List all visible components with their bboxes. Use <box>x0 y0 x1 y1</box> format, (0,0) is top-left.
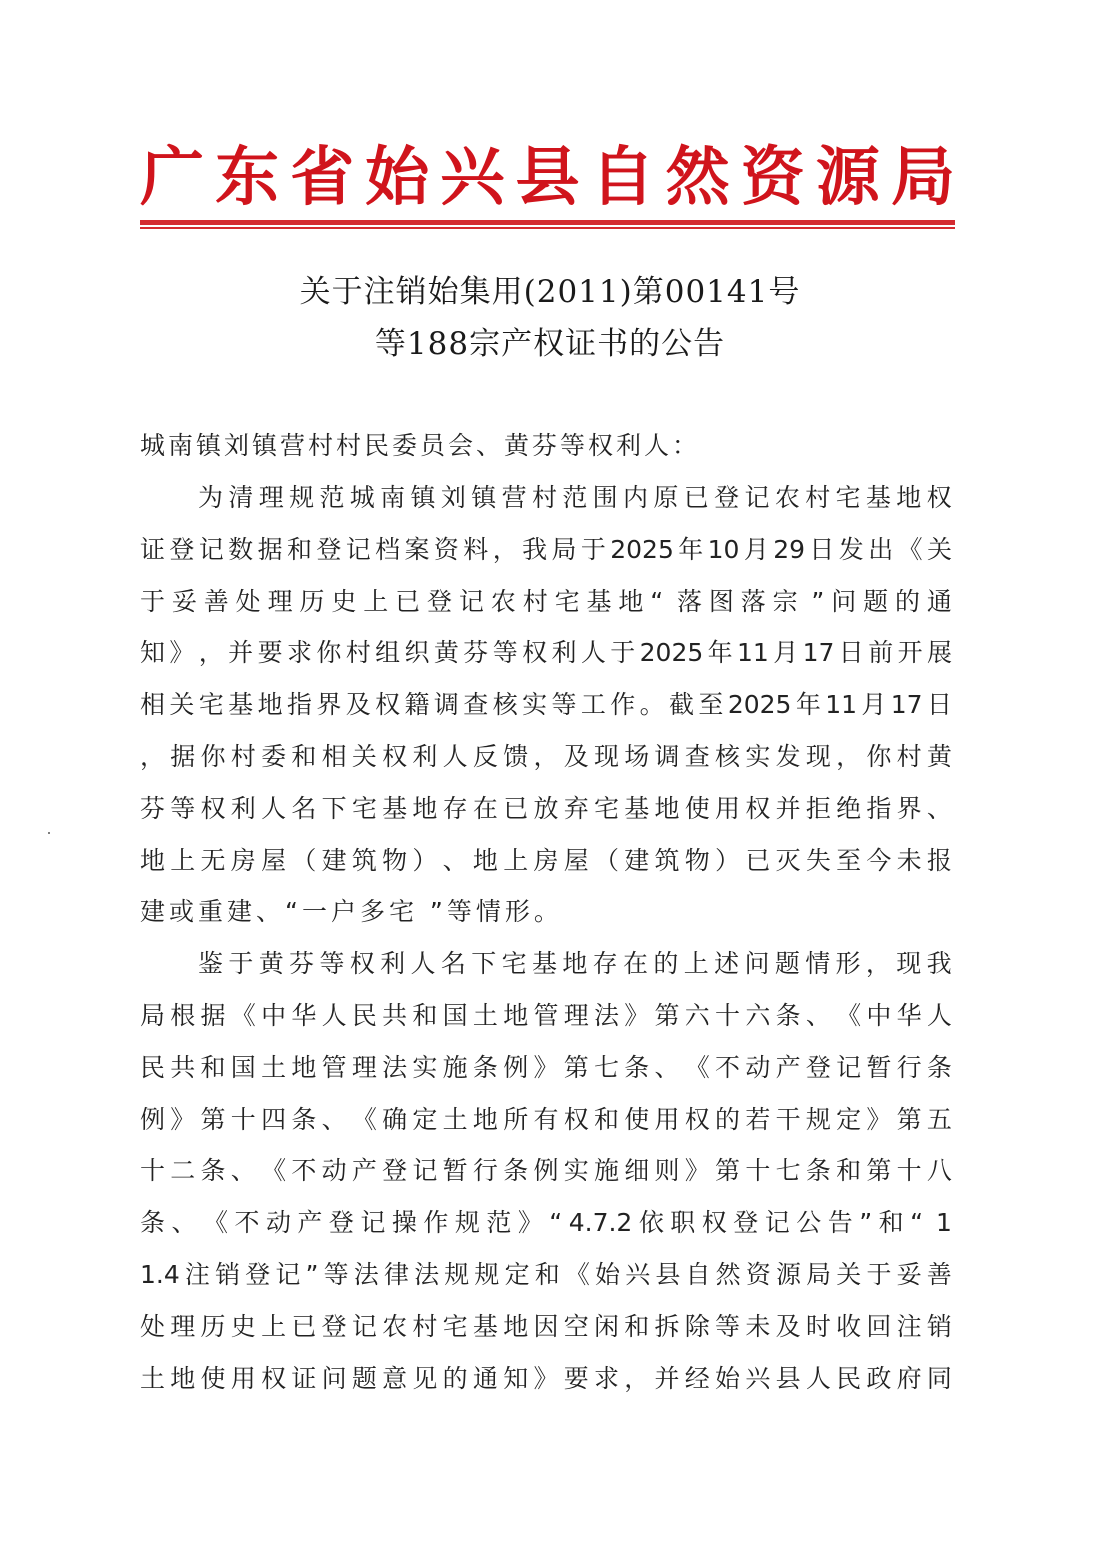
document-page: 广东省始兴县自然资源局 关于注销始集用(2011)第00141号 等188宗产权… <box>0 0 1100 1555</box>
letterhead-char: 县 <box>515 138 579 218</box>
paragraph-1-line-1: 为清理规范城南镇刘镇营村范围内原已登记农村宅基地权 <box>140 472 952 524</box>
paragraph-2-line-2: 局根据《中华人民共和国土地管理法》第六十六条、《中华人 <box>140 990 952 1042</box>
notice-title-line-1: 关于注销始集用(2011)第00141号 <box>0 270 1100 314</box>
paragraph-2-line-9: 土地使用权证问题意见的通知》要求，并经始兴县人民政府同 <box>140 1353 952 1405</box>
paragraph-2-line-6: 条、《不动产登记操作规范》“4.7.2依职权登记公告”和“ 1 <box>140 1197 952 1249</box>
paragraph-1-line-5: 相关宅基地指界及权籍调查核实等工作。截至2025年11月17日 <box>140 679 952 731</box>
paragraph-1-line-3: 于妥善处理历史上已登记农村宅基地“ 落图落宗 ”问题的通 <box>140 576 952 628</box>
paragraph-2-line-4: 例》第十四条、《确定土地所有权和使用权的若干规定》第五 <box>140 1094 952 1146</box>
letterhead-char: 广 <box>140 138 204 218</box>
notice-title-line-2: 等188宗产权证书的公告 <box>0 322 1100 366</box>
paragraph-2-line-8: 处理历史上已登记农村宅基地因空闲和拆除等未及时收回注销 <box>140 1301 952 1353</box>
paragraph-1-line-8: 地上无房屋（建筑物）、地上房屋（建筑物）已灭失至今未报 <box>140 835 952 887</box>
letterhead-char: 源 <box>816 138 880 218</box>
paragraph-2-line-7: 1.4注销登记”等法律法规规定和《始兴县自然资源局关于妥善 <box>140 1249 952 1301</box>
paragraph-1-line-6: ，据你村委和相关权利人反馈，及现场调查核实发现，你村黄 <box>140 731 952 783</box>
letterhead-char: 资 <box>741 138 805 218</box>
paragraph-1-line-7: 芬等权利人名下宅基地存在已放弃宅基地使用权并拒绝指界、 <box>140 783 952 835</box>
paragraph-1-line-2: 证登记数据和登记档案资料，我局于2025年10月29日发出《关 <box>140 524 952 576</box>
paragraph-1-line-9: 建或重建、“一户多宅 ”等情形。 <box>140 886 952 938</box>
letterhead-char: 局 <box>891 138 955 218</box>
letterhead-char: 然 <box>666 138 730 218</box>
paragraph-1-line-4: 知》，并要求你村组织黄芬等权利人于2025年11月17日前开展 <box>140 627 952 679</box>
letterhead-title: 广东省始兴县自然资源局 <box>140 138 955 218</box>
paragraph-2-line-3: 民共和国土地管理法实施条例》第七条、《不动产登记暂行条 <box>140 1042 952 1094</box>
scan-speck <box>48 832 50 834</box>
letterhead-char: 东 <box>215 138 279 218</box>
letterhead-char: 省 <box>290 138 354 218</box>
salutation: 城南镇刘镇营村村民委员会、黄芬等权利人： <box>140 420 952 472</box>
letterhead-rule-thick <box>140 220 955 225</box>
letterhead-char: 始 <box>365 138 429 218</box>
paragraph-2-line-5: 十二条、《不动产登记暂行条例实施细则》第十七条和第十八 <box>140 1145 952 1197</box>
paragraph-2-line-1: 鉴于黄芬等权利人名下宅基地存在的上述问题情形，现我 <box>140 938 952 990</box>
letterhead-char: 兴 <box>440 138 504 218</box>
letterhead-rule-thin <box>140 227 955 229</box>
letterhead-char: 自 <box>591 138 655 218</box>
